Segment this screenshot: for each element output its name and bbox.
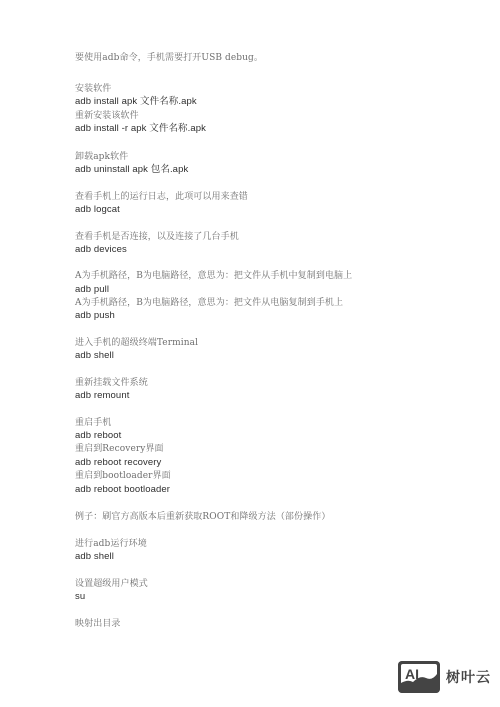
heading-uninstall: 卸载apk软件 [75, 151, 128, 163]
command-pull: adb pull [75, 284, 109, 296]
example-heading: 例子：刷官方高版本后重新获取ROOT和降级方法（部份操作） [75, 511, 330, 523]
command-remount: adb remount [75, 390, 129, 402]
heading-enter-adb: 进行adb运行环境 [75, 538, 147, 550]
heading-devices: 查看手机是否连接，以及连接了几台手机 [75, 231, 239, 243]
command-install: adb install apk 文件名称.apk [75, 96, 197, 108]
watermark: AI 树叶云 [398, 661, 491, 693]
command-devices: adb devices [75, 244, 127, 256]
command-uninstall: adb uninstall apk 包名.apk [75, 164, 188, 176]
heading-push: A为手机路径，B为电脑路径，意思为：把文件从电脑复制到手机上 [75, 297, 343, 309]
command-shell: adb shell [75, 350, 114, 362]
heading-logcat: 查看手机上的运行日志，此项可以用来查错 [75, 191, 248, 203]
command-su: su [75, 591, 85, 603]
heading-map-directory: 映射出目录 [75, 618, 121, 630]
heading-pull: A为手机路径，B为电脑路径，意思为：把文件从手机中复制到电脑上 [75, 270, 352, 282]
command-push: adb push [75, 310, 115, 322]
command-reboot-recovery: adb reboot recovery [75, 457, 161, 469]
heading-reinstall: 重新安装该软件 [75, 110, 139, 122]
command-logcat: adb logcat [75, 204, 120, 216]
heading-reboot-recovery: 重启到Recovery界面 [75, 443, 164, 455]
intro-text: 要使用adb命令，手机需要打开USB debug。 [75, 52, 263, 64]
heading-remount: 重新挂载文件系统 [75, 377, 148, 389]
ai-logo-icon: AI [398, 661, 440, 693]
command-reboot: adb reboot [75, 430, 121, 442]
command-reboot-bootloader: adb reboot bootloader [75, 484, 170, 496]
heading-install: 安装软件 [75, 83, 111, 95]
heading-reboot: 重启手机 [75, 417, 111, 429]
command-reinstall: adb install -r apk 文件名称.apk [75, 123, 206, 135]
heading-shell: 进入手机的超级终端Terminal [75, 337, 198, 349]
heading-superuser: 设置超级用户模式 [75, 578, 148, 590]
heading-reboot-bootloader: 重启到bootloader界面 [75, 470, 171, 482]
watermark-brand: 树叶云 [446, 667, 491, 687]
svg-text:AI: AI [405, 666, 419, 682]
command-enter-shell: adb shell [75, 551, 114, 563]
